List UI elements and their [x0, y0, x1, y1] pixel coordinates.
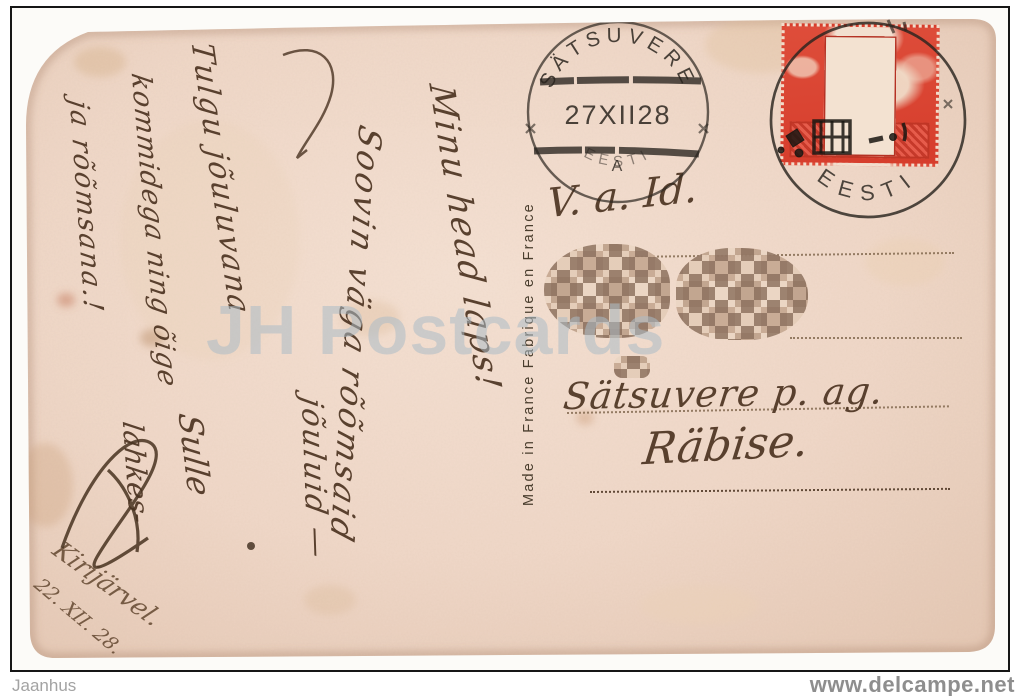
postcard-scan-photo: Made in France Fabrique en France Tulgu … [0, 0, 1020, 696]
overlay-watermark: JH Postcards [206, 290, 665, 370]
site-watermark: www.delcampe.net [810, 672, 1015, 696]
stamp-cancel-marks [778, 121, 905, 157]
pen-flourish-top [283, 50, 333, 158]
postmark2-country-arc: EESTI [813, 164, 923, 206]
ink-dot [247, 542, 255, 550]
postmark-index-letter: A [612, 158, 623, 175]
collector-watermark: Jaanhus [12, 676, 76, 696]
postmark-satsuvere: SÄTSUVERE EESTI 27XII28 A [526, 22, 708, 202]
censored-surname-patch [676, 248, 808, 340]
postmark2-cross [944, 100, 952, 108]
svg-text:EESTI: EESTI [813, 164, 923, 206]
signature-flourish [62, 441, 156, 568]
postmark-eesti: EESTI [771, 20, 965, 217]
postmark-date: 27XII28 [564, 100, 671, 130]
killer-bar-top [540, 80, 701, 82]
